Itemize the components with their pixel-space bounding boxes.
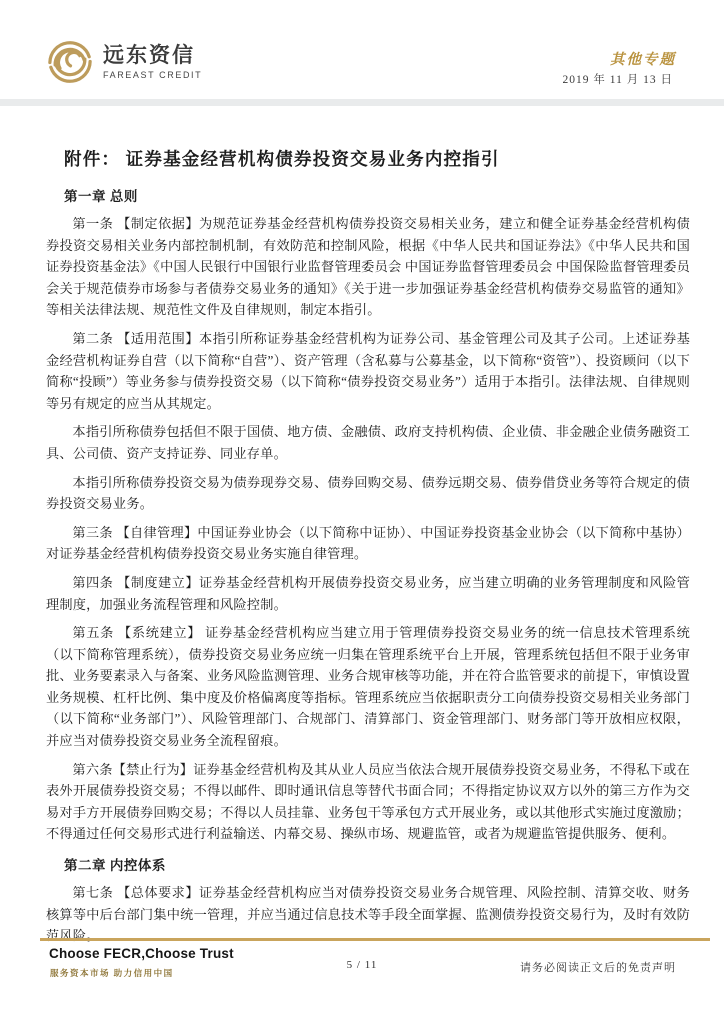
paragraph-article-5: 第五条 【系统建立】 证券基金经营机构应当建立用于管理债券投资交易业务的统一信息… xyxy=(46,622,690,752)
paragraph-article-1: 第一条 【制定依据】为规范证券基金经营机构债券投资交易相关业务，建立和健全证券基… xyxy=(46,213,690,321)
chapter-heading-2: 第二章 内控体系 xyxy=(64,857,690,875)
document-title: 附件： 证券基金经营机构债券投资交易业务内控指引 xyxy=(64,146,690,172)
report-page: 远东资信 FAREAST CREDIT 其他专题 2019 年 11 月 13 … xyxy=(0,0,724,1024)
footer-disclaimer: 请务必阅读正文后的免责声明 xyxy=(520,959,676,975)
report-date: 2019 年 11 月 13 日 xyxy=(563,71,673,87)
page-header: 远东资信 FAREAST CREDIT 其他专题 2019 年 11 月 13 … xyxy=(0,0,724,99)
document-body: 附件： 证券基金经营机构债券投资交易业务内控指引 第一章 总则 第一条 【制定依… xyxy=(46,146,690,947)
brand-block: 远东资信 FAREAST CREDIT xyxy=(47,39,202,85)
fareast-credit-logo-icon xyxy=(47,39,93,85)
brand-name-en: FAREAST CREDIT xyxy=(103,70,202,80)
paragraph-article-2: 第二条 【适用范围】本指引所称证券基金经营机构为证券公司、基金管理公司及其子公司… xyxy=(46,328,690,414)
paragraph-bond-scope: 本指引所称债券包括但不限于国债、地方债、金融债、政府支持机构债、企业债、非金融企… xyxy=(46,421,690,464)
header-divider-band xyxy=(0,99,724,106)
report-topic-label: 其他专题 xyxy=(610,48,676,69)
brand-text: 远东资信 FAREAST CREDIT xyxy=(103,44,202,80)
paragraph-article-3: 第三条 【自律管理】中国证券业协会（以下简称中证协）、中国证券投资基金业协会（以… xyxy=(46,522,690,565)
paragraph-trade-scope: 本指引所称债券投资交易为债券现券交易、债券回购交易、债券远期交易、债券借贷业务等… xyxy=(46,472,690,515)
chapter-heading-1: 第一章 总则 xyxy=(64,188,690,206)
paragraph-article-6: 第六条【禁止行为】证券基金经营机构及其从业人员应当依法合规开展债券投资交易业务，… xyxy=(46,759,690,845)
footer-gold-rule xyxy=(40,938,710,941)
paragraph-article-4: 第四条 【制度建立】证券基金经营机构开展债券投资交易业务，应当建立明确的业务管理… xyxy=(46,572,690,615)
brand-name-cn: 远东资信 xyxy=(103,44,202,67)
